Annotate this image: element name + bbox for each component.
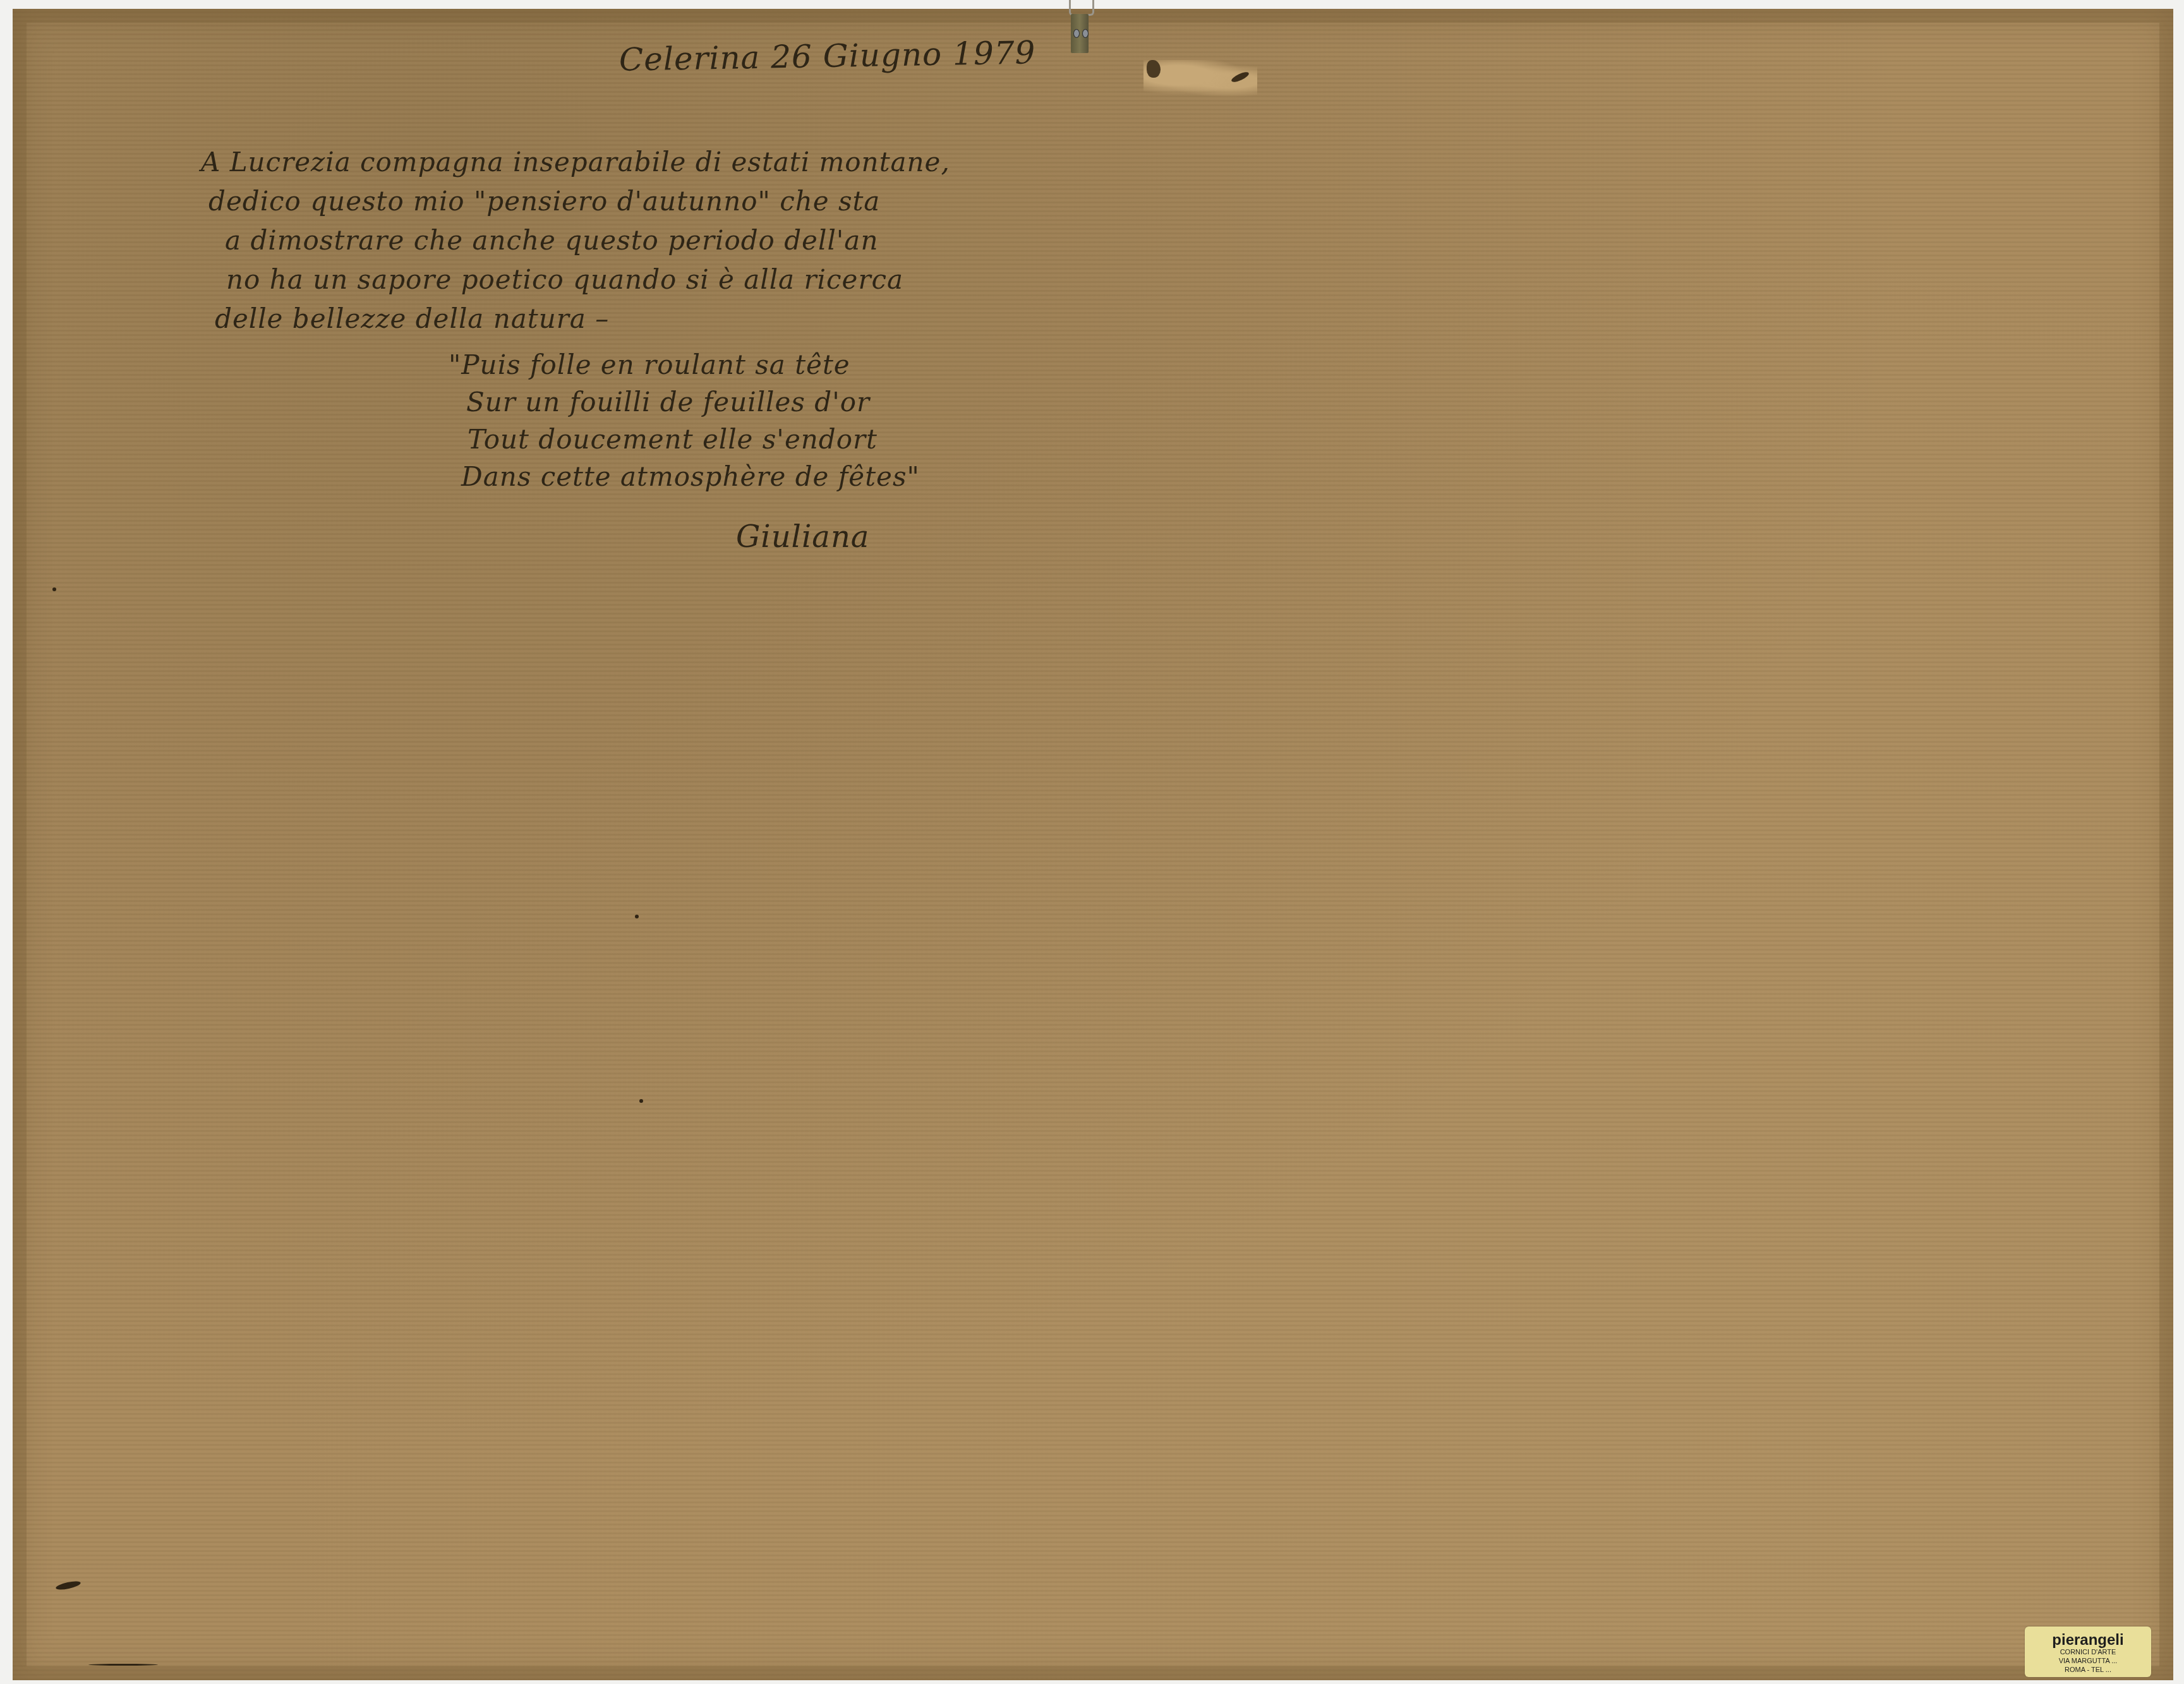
dedication-line: delle bellezze della natura – — [215, 299, 950, 339]
poem-line: Sur un fouilli de feuilles d'or — [466, 383, 920, 421]
framer-label-line: CORNICI D'ARTE — [2025, 1648, 2151, 1657]
ink-mark — [88, 1664, 158, 1666]
dedication-text: A Lucrezia compagna inseparabile di esta… — [201, 143, 950, 339]
inscription-date: Celerina 26 Giugno 1979 — [619, 34, 1036, 78]
poem-line: Dans cette atmosphère de fêtes" — [461, 458, 920, 495]
signature: Giuliana — [736, 519, 869, 555]
screw-icon — [1082, 29, 1089, 38]
picture-hanger-icon — [1066, 0, 1097, 45]
poem-line: "Puis folle en roulant sa tête — [449, 346, 920, 383]
screw-icon — [1073, 29, 1080, 38]
tear-hole — [1147, 60, 1161, 78]
framer-label: pierangeli CORNICI D'ARTE VIA MARGUTTA .… — [2025, 1627, 2151, 1677]
ink-dot — [635, 915, 639, 918]
tear-hole — [1230, 70, 1250, 84]
ink-dot — [639, 1099, 643, 1103]
ink-dot — [52, 587, 56, 591]
dedication-line: dedico questo mio "pensiero d'autunno" c… — [208, 182, 950, 221]
poem-line: Tout doucement elle s'endort — [468, 421, 920, 458]
dedication-line: A Lucrezia compagna inseparabile di esta… — [201, 143, 950, 182]
poem-text: "Puis folle en roulant sa tête Sur un fo… — [449, 346, 920, 495]
paper-tear — [1143, 60, 1257, 98]
framer-brand: pierangeli — [2025, 1633, 2151, 1648]
dedication-line: no ha un sapore poetico quando si è alla… — [226, 260, 950, 299]
framer-label-line: ROMA - TEL ... — [2025, 1666, 2151, 1675]
dedication-line: a dimostrare che anche questo periodo de… — [225, 221, 950, 260]
framer-label-line: VIA MARGUTTA ... — [2025, 1657, 2151, 1666]
